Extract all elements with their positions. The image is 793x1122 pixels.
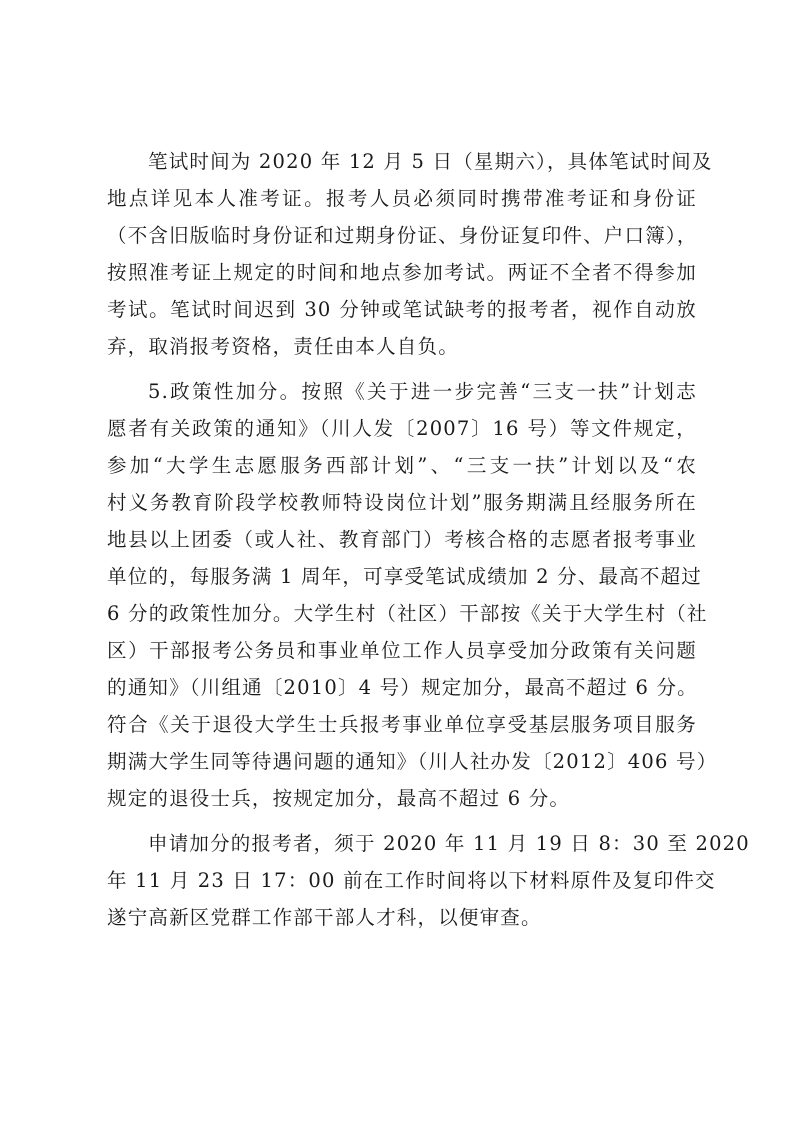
text-line: 地县以上团委（或人社、教育部门）考核合格的志愿者报考事业	[107, 528, 697, 552]
text-line: 规定的退役士兵，按规定加分，最高不超过 6 分。	[107, 787, 697, 811]
text-line: 年 11 月 23 日 17：00 前在工作时间将以下材料原件及复印件交	[107, 869, 697, 893]
text-line: 地点详见本人准考证。报考人员必须同时携带准考证和身份证	[107, 187, 697, 211]
text-line: 5.政策性加分。按照《关于进一步完善“三支一扶”计划志	[148, 380, 697, 404]
text-line: 区）干部报考公务员和事业单位工作人员享受加分政策有关问题	[107, 639, 697, 663]
text-line: 村义务教育阶段学校教师特设岗位计划”服务期满且经服务所在	[107, 491, 697, 515]
text-line: 遂宁高新区党群工作部干部人才科，以便审查。	[107, 906, 697, 930]
text-line: 愿者有关政策的通知》（川人发〔2007〕16 号）等文件规定，	[107, 417, 697, 441]
text-line: 期满大学生同等待遇问题的通知》（川人社办发〔2012〕406 号）	[107, 750, 697, 774]
text-line: 考试。笔试时间迟到 30 分钟或笔试缺考的报考者，视作自动放	[107, 298, 697, 322]
text-line: 按照准考证上规定的时间和地点参加考试。两证不全者不得参加	[107, 261, 697, 285]
text-line: 弃，取消报考资格，责任由本人自负。	[107, 335, 697, 359]
text-line: 申请加分的报考者，须于 2020 年 11 月 19 日 8：30 至 2020	[148, 832, 697, 856]
text-line: 的通知》（川组通〔2010〕4 号）规定加分，最高不超过 6 分。	[107, 676, 697, 700]
text-line: 6 分的政策性加分。大学生村（社区）干部按《关于大学生村（社	[107, 602, 697, 626]
text-line: 符合《关于退役大学生士兵报考事业单位享受基层服务项目服务	[107, 713, 697, 737]
text-line: 参加“大学生志愿服务西部计划”、“三支一扶”计划以及“农	[107, 454, 697, 478]
text-line: 单位的，每服务满 1 周年，可享受笔试成绩加 2 分、最高不超过	[107, 565, 697, 589]
text-line: （不含旧版临时身份证和过期身份证、身份证复印件、户口簿），	[107, 224, 697, 248]
text-line: 笔试时间为 2020 年 12 月 5 日（星期六），具体笔试时间及	[148, 150, 697, 174]
document-page: 笔试时间为 2020 年 12 月 5 日（星期六），具体笔试时间及 地点详见本…	[0, 0, 793, 1122]
